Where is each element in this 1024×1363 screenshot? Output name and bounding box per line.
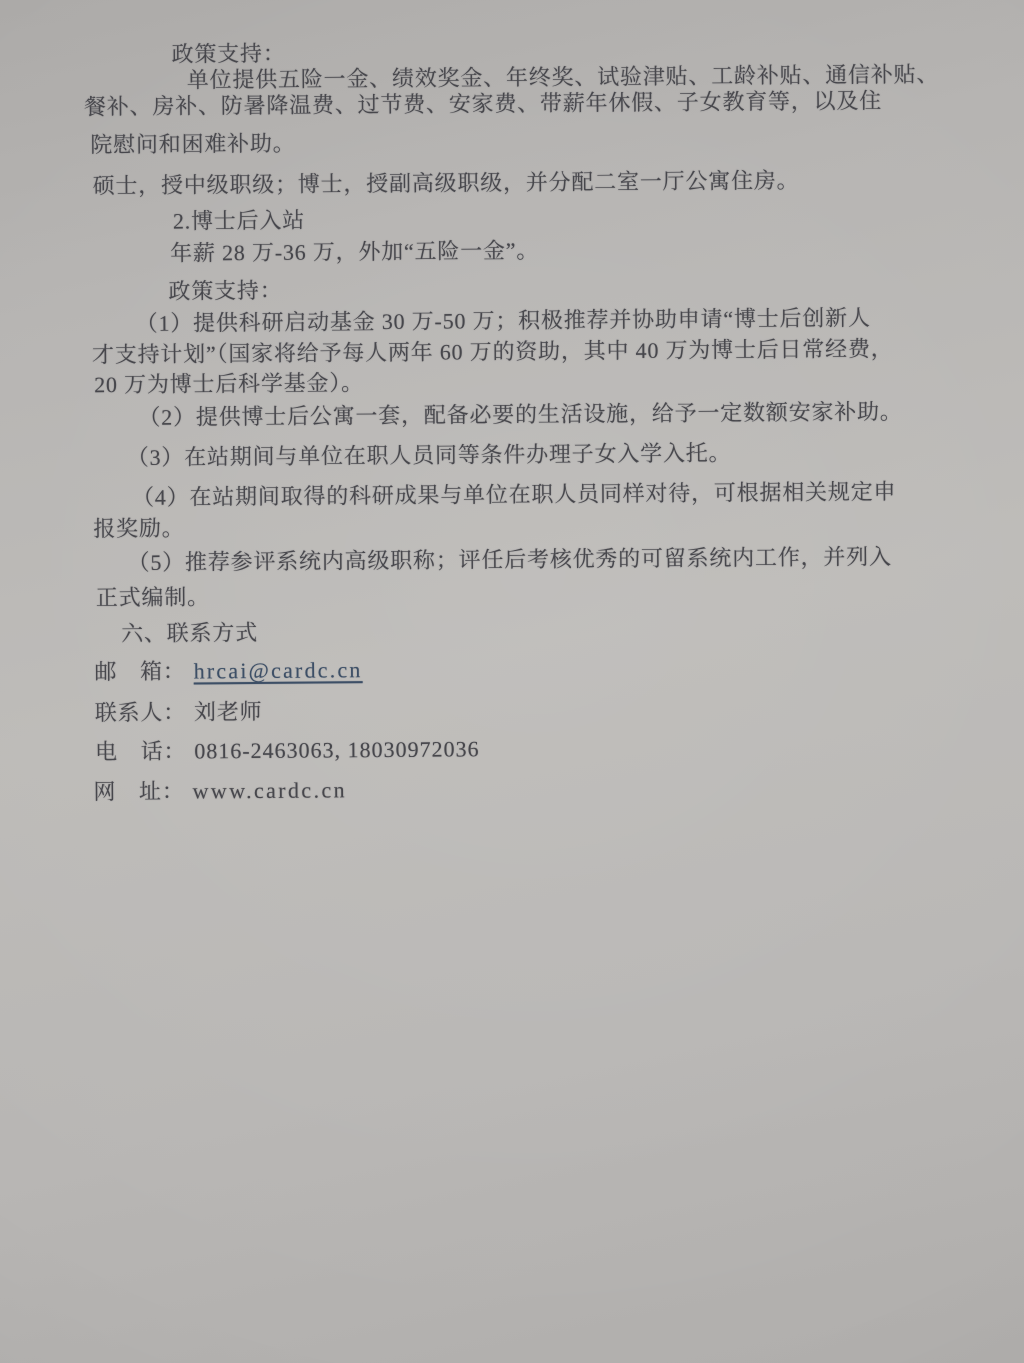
policy-item-2: （2）提供博士后公寓一套，配备必要的生活设施，给予一定数额安家补助。	[138, 398, 902, 431]
policy-item-5-line-2: 正式编制。	[96, 583, 210, 611]
policy-item-1-line-1: （1）提供科研启动基金 30 万-50 万；积极推荐并协助申请“博士后创新人	[136, 304, 871, 337]
policy-item-3: （3）在站期间与单位在职人员同等条件办理子女入学入托。	[127, 439, 732, 471]
policy-item-1-line-3: 20 万为博士后科学基金）。	[94, 369, 364, 398]
benefits-line-2: 餐补、房补、防暑降温费、过节费、安家费、带薪年休假、子女教育等，以及住	[84, 87, 882, 120]
website-label: 网 址：	[93, 779, 184, 805]
policy-item-4-line-2: 报奖励。	[93, 515, 184, 543]
postdoc-entry-heading: 2.博士后入站	[173, 207, 305, 235]
policy-support-heading-2: 政策支持：	[168, 277, 282, 305]
website-value: www.cardc.cn	[192, 777, 347, 803]
contact-person-value: 刘老师	[194, 699, 263, 725]
policy-item-5-line-1: （5）推荐参评系统内高级职称；评任后考核优秀的可留系统内工作，并列入	[127, 543, 891, 576]
contact-website-row: 网 址：www.cardc.cn	[93, 776, 347, 805]
document-text-block: 政策支持： 单位提供五险一金、绩效奖金、年终奖、试验津贴、工龄补贴、通信补贴、 …	[0, 0, 1024, 1363]
policy-item-4-line-1: （4）在站期间取得的科研成果与单位在职人员同样对待，可根据相关规定申	[132, 478, 896, 511]
policy-item-1-line-2: 才支持计划”（国家将给予每人两年 60 万的资助，其中 40 万为博士后日常经费…	[92, 335, 894, 368]
document-photo: 政策支持： 单位提供五险一金、绩效奖金、年终奖、试验津贴、工龄补贴、通信补贴、 …	[0, 0, 1024, 1363]
policy-support-heading-1: 政策支持：	[171, 40, 285, 68]
contact-person-row: 联系人：刘老师	[95, 698, 263, 726]
contact-email-row: 邮 箱：hrcai@cardc.cn	[94, 656, 362, 685]
section-contact-heading: 六、联系方式	[121, 619, 258, 647]
phone-label: 电 话：	[95, 739, 186, 765]
salary-line: 年薪 28 万-36 万，外加“五险一金”。	[170, 237, 539, 267]
email-label: 邮 箱：	[94, 659, 185, 685]
degree-grade-line: 硕士，授中级职级；博士，授副高级职级，并分配二室一厅公寓住房。	[93, 167, 800, 200]
contact-person-label: 联系人：	[95, 700, 186, 726]
phone-value: 0816-2463063, 18030972036	[194, 736, 480, 763]
email-link: hrcai@cardc.cn	[194, 657, 363, 683]
contact-phone-row: 电 话：0816-2463063, 18030972036	[95, 735, 480, 765]
benefits-line-3: 院慰问和困难补助。	[90, 130, 295, 159]
